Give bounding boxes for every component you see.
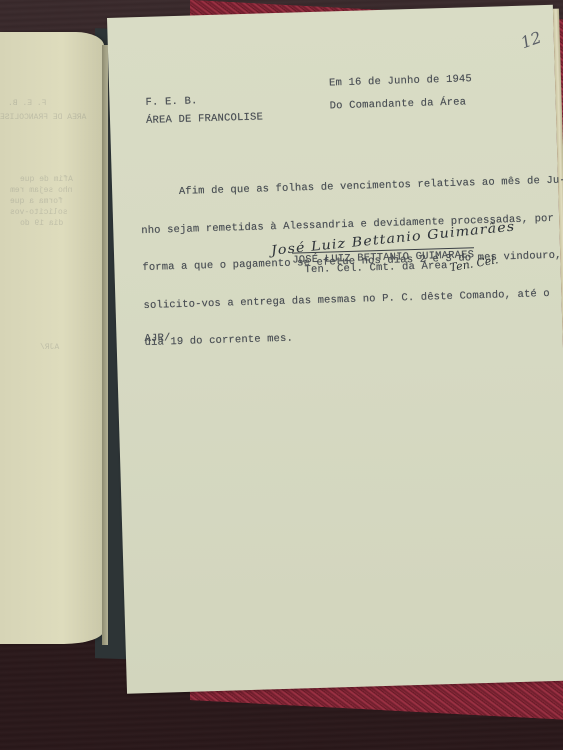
left-page: F. E. B. ÁREA DE FRANCOLISE Afim de que … xyxy=(0,32,104,644)
page-stack-edge xyxy=(553,9,563,681)
reference-initials: AJR/ xyxy=(144,332,170,345)
header-org: F. E. B. xyxy=(145,95,197,109)
body-line: solicito-vos a entrega das mesmas no P. … xyxy=(143,288,538,312)
left-page-bleed-header2: ÁREA DE FRANCOLISE xyxy=(0,112,86,123)
left-page-bleed-header1: F. E. B. xyxy=(8,98,46,109)
folio-number: 12 xyxy=(518,28,544,53)
header-area: ÁREA DE FRANCOLISE xyxy=(146,111,263,126)
letter-page: 12 F. E. B. ÁREA DE FRANCOLISE Em 16 de … xyxy=(107,5,563,694)
left-page-bleed-line3: forma a que xyxy=(10,196,63,207)
left-page-bleed-line5: dia 19 do xyxy=(20,218,63,229)
book-gutter xyxy=(102,45,108,645)
left-page-bleed-line4: solicito-vos xyxy=(10,207,68,218)
body-line: Afim de que as folhas de vencimentos rel… xyxy=(140,175,535,199)
left-page-bleed-line1: Afim de que xyxy=(20,174,73,185)
left-page-bleed-line2: nho sejam rem xyxy=(10,185,72,196)
letter-date: Em 16 de Junho de 1945 xyxy=(329,73,472,89)
left-page-bleed-initials: AJR/ xyxy=(40,342,59,353)
body-line: dia 19 do corrente mes. xyxy=(144,325,539,349)
letter-from: Do Comandante da Área xyxy=(330,96,467,112)
